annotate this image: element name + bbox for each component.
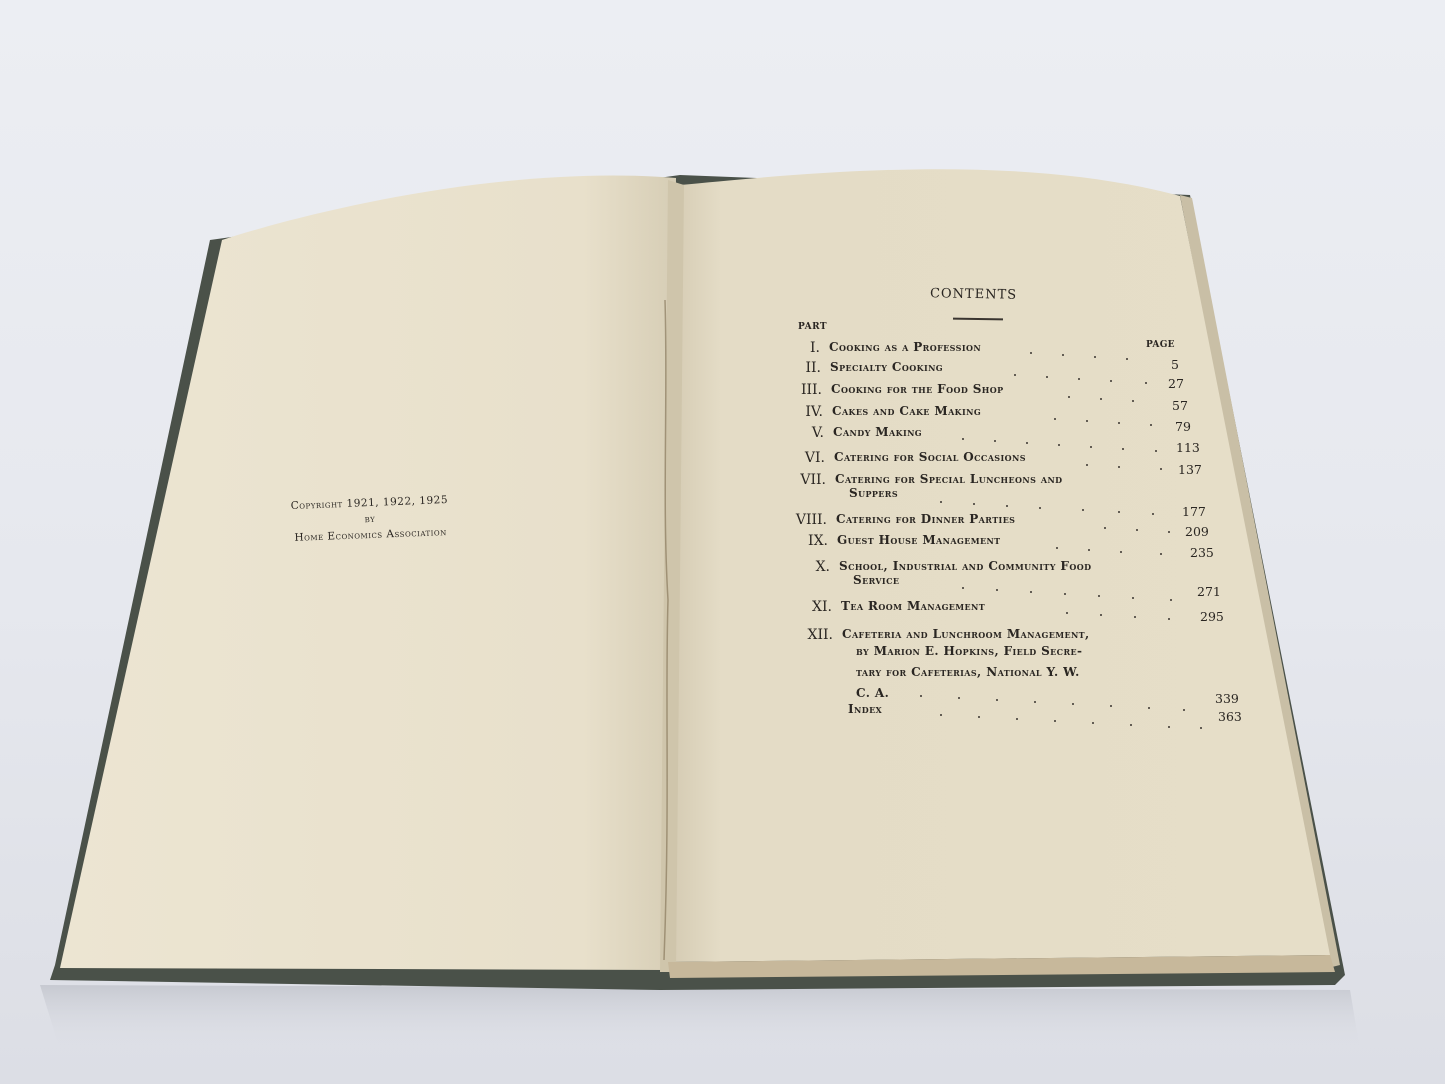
- page-header: PAGE: [1146, 340, 1175, 350]
- toc-entry-title: Specialty Cooking: [830, 360, 943, 374]
- toc-entry-title-continued: Service: [839, 573, 1091, 587]
- toc-entry-title: Candy Making: [833, 425, 922, 439]
- toc-entry-title-continued: C. A.: [842, 683, 1090, 704]
- toc-entry: XII. Cafeteria and Lunchroom Management,…: [842, 627, 1090, 704]
- toc-entry-title: Catering for Social Occasions: [834, 450, 1026, 464]
- toc-entry-page: 339: [1215, 691, 1239, 706]
- toc-entry-page: 295: [1200, 609, 1224, 624]
- toc-entry: IV. Cakes and Cake Making: [832, 404, 981, 418]
- open-book-illustration: [0, 0, 1445, 1084]
- toc-entry-page: 5: [1171, 357, 1179, 372]
- toc-entry-page: 177: [1182, 504, 1206, 519]
- toc-entry-number: V.: [812, 425, 824, 441]
- toc-entry-title-continued: Suppers: [835, 486, 1063, 500]
- toc-entry-title: Cafeteria and Lunchroom Management,: [842, 627, 1090, 641]
- book-shadow: [40, 985, 1360, 1050]
- toc-entry-title: Guest House Management: [837, 533, 1001, 547]
- toc-entry-number: II.: [805, 360, 821, 376]
- toc-entry-number: IX.: [808, 533, 828, 549]
- toc-entry-page: 79: [1175, 419, 1191, 434]
- toc-entry-page: 137: [1178, 462, 1202, 477]
- toc-entry: VIII. Catering for Dinner Parties: [836, 512, 1015, 526]
- toc-entry: II. Specialty Cooking: [830, 360, 943, 374]
- toc-entry: VI. Catering for Social Occasions: [834, 450, 1026, 464]
- toc-entry: III. Cooking for the Food Shop: [831, 382, 1004, 396]
- toc-entry-page: 113: [1176, 440, 1200, 455]
- toc-entry-number: VII.: [800, 472, 826, 488]
- toc-entry-number: VI.: [805, 450, 825, 466]
- toc-entry-title-continued: tary for Cafeterias, National Y. W.: [842, 662, 1090, 683]
- toc-entry: V. Candy Making: [833, 425, 922, 439]
- copyright-block: Copyright 1921, 1922, 1925 by Home Econo…: [239, 490, 501, 548]
- toc-entry-page: 209: [1185, 524, 1209, 539]
- toc-entry-page: 27: [1168, 376, 1184, 391]
- contents-title: CONTENTS: [930, 286, 1017, 303]
- left-page: [60, 175, 676, 970]
- toc-entry-number: IV.: [805, 404, 823, 420]
- photo-scene: Copyright 1921, 1922, 1925 by Home Econo…: [0, 0, 1445, 1084]
- toc-entry-number: VIII.: [796, 512, 827, 528]
- toc-entry-title-continued: by Marion E. Hopkins, Field Secre-: [842, 641, 1090, 662]
- toc-entry-title: Cooking as a Profession: [829, 340, 981, 354]
- toc-entry-title: Cooking for the Food Shop: [831, 382, 1004, 396]
- toc-entry-page: 57: [1172, 398, 1188, 413]
- toc-entry-title: Catering for Special Luncheons and: [835, 472, 1063, 486]
- part-header: PART: [798, 322, 827, 332]
- toc-entry-title: School, Industrial and Community Food: [839, 559, 1091, 573]
- toc-entry-page: 235: [1190, 545, 1214, 560]
- toc-entry-page: 271: [1197, 584, 1221, 599]
- toc-entry: IX. Guest House Management: [837, 533, 1001, 547]
- toc-entry-number: X.: [816, 559, 830, 575]
- toc-entry-page: 363: [1218, 709, 1242, 724]
- toc-entry-number: III.: [801, 382, 822, 398]
- toc-entry: XI. Tea Room Management: [841, 599, 985, 613]
- toc-entry: Index: [848, 702, 882, 716]
- toc-entry-number: I.: [810, 340, 820, 356]
- toc-entry-number: XI.: [812, 599, 832, 615]
- toc-entry-title: Catering for Dinner Parties: [836, 512, 1015, 526]
- toc-entry-number: XII.: [808, 627, 833, 643]
- toc-entry-title: Cakes and Cake Making: [832, 404, 981, 418]
- toc-entry: X. School, Industrial and Community Food…: [839, 559, 1091, 587]
- toc-entry-title: Index: [848, 702, 882, 716]
- toc-entry: VII. Catering for Special Luncheons and …: [835, 472, 1063, 500]
- toc-entry: I. Cooking as a Profession: [829, 340, 981, 354]
- toc-entry-title: Tea Room Management: [841, 599, 985, 613]
